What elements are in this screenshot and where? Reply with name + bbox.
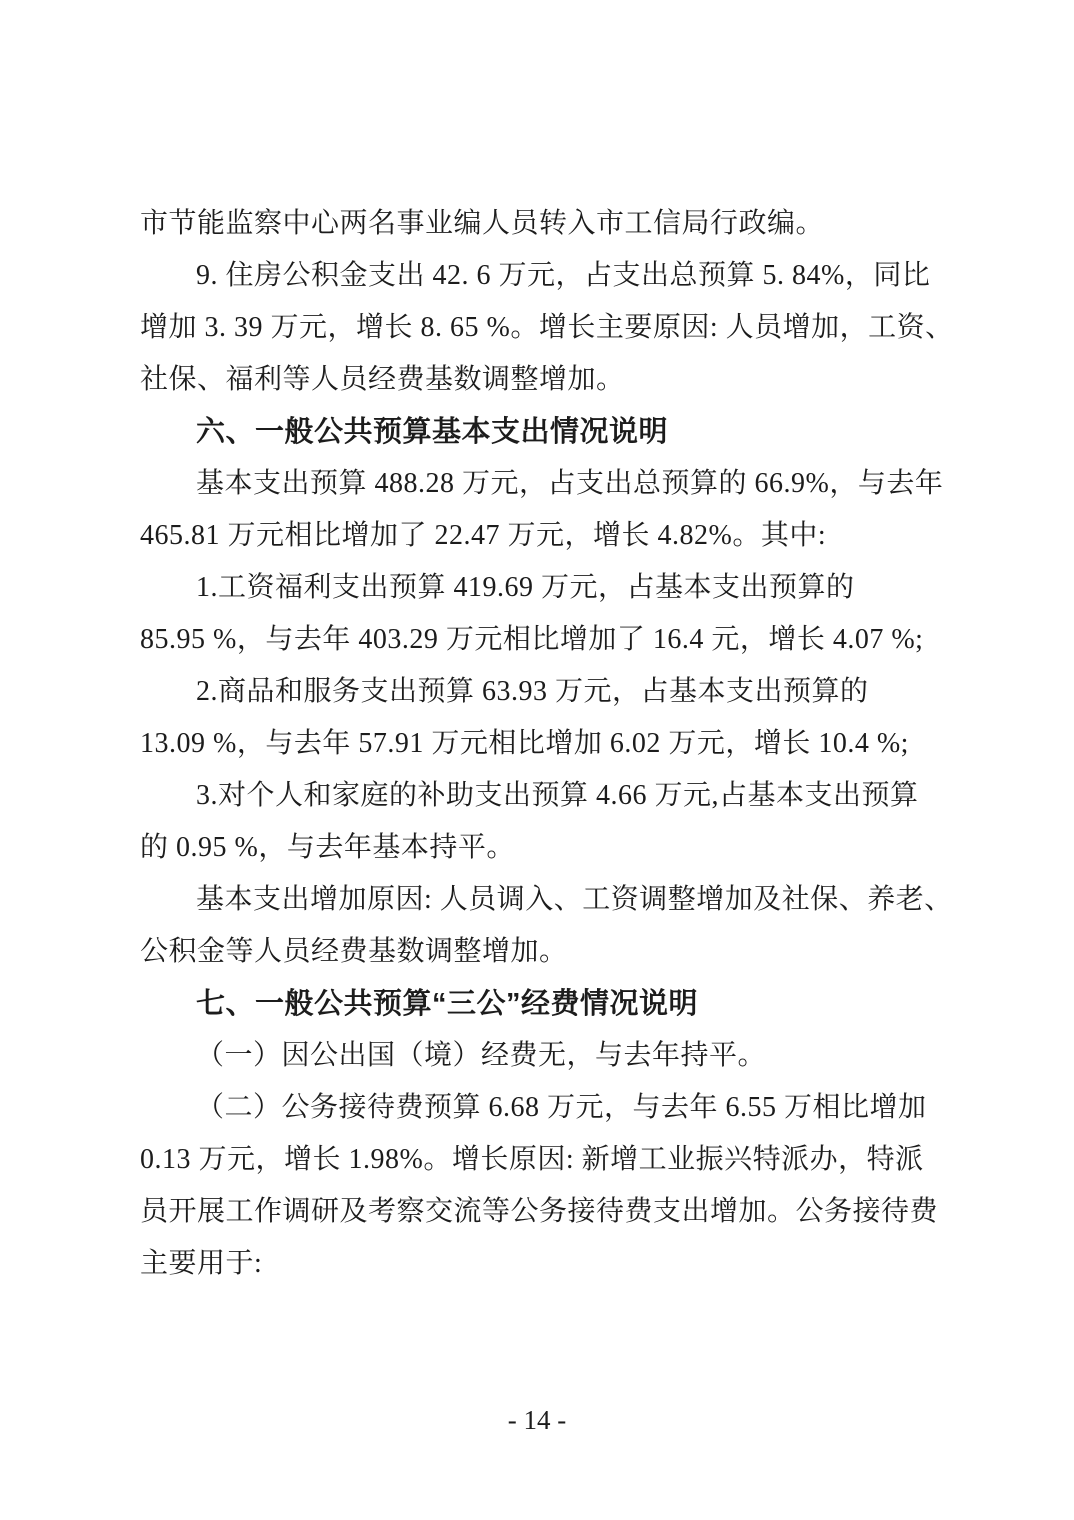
text-line: 增加 3. 39 万元，增长 8. 65 %。增长主要原因: 人员增加，工资、 xyxy=(140,302,940,354)
text-line: 9. 住房公积金支出 42. 6 万元，占支出总预算 5. 84%，同比 xyxy=(140,250,940,302)
text-line: 2.商品和服务支出预算 63.93 万元，占基本支出预算的 xyxy=(140,666,940,718)
text-line: 465.81 万元相比增加了 22.47 万元，增长 4.82%。其中: xyxy=(140,510,940,562)
text-line: 员开展工作调研及考察交流等公务接待费支出增加。公务接待费 xyxy=(140,1186,940,1238)
document-body: 市节能监察中心两名事业编人员转入市工信局行政编。 9. 住房公积金支出 42. … xyxy=(140,198,940,1290)
text-line: 1.工资福利支出预算 419.69 万元，占基本支出预算的 xyxy=(140,562,940,614)
section-heading-7: 七、一般公共预算“三公”经费情况说明 xyxy=(140,978,940,1030)
text-line: 13.09 %，与去年 57.91 万元相比增加 6.02 万元，增长 10.4… xyxy=(140,718,940,770)
text-line: 基本支出预算 488.28 万元，占支出总预算的 66.9%，与去年 xyxy=(140,458,940,510)
text-line: 0.13 万元，增长 1.98%。增长原因: 新增工业振兴特派办，特派 xyxy=(140,1134,940,1186)
text-line: 社保、福利等人员经费基数调整增加。 xyxy=(140,354,940,406)
page-number: - 14 - xyxy=(0,1402,1074,1438)
text-line: 主要用于: xyxy=(140,1238,940,1290)
text-line: （二）公务接待费预算 6.68 万元，与去年 6.55 万相比增加 xyxy=(140,1082,940,1134)
text-line: 市节能监察中心两名事业编人员转入市工信局行政编。 xyxy=(140,198,940,250)
text-line: （一）因公出国（境）经费无，与去年持平。 xyxy=(140,1030,940,1082)
text-line: 85.95 %，与去年 403.29 万元相比增加了 16.4 元，增长 4.0… xyxy=(140,614,940,666)
text-line: 的 0.95 %，与去年基本持平。 xyxy=(140,822,940,874)
document-page: 市节能监察中心两名事业编人员转入市工信局行政编。 9. 住房公积金支出 42. … xyxy=(0,0,1074,1520)
text-line: 3.对个人和家庭的补助支出预算 4.66 万元,占基本支出预算 xyxy=(140,770,940,822)
section-heading-6: 六、一般公共预算基本支出情况说明 xyxy=(140,406,940,458)
text-line: 基本支出增加原因: 人员调入、工资调整增加及社保、养老、 xyxy=(140,874,940,926)
text-line: 公积金等人员经费基数调整增加。 xyxy=(140,926,940,978)
